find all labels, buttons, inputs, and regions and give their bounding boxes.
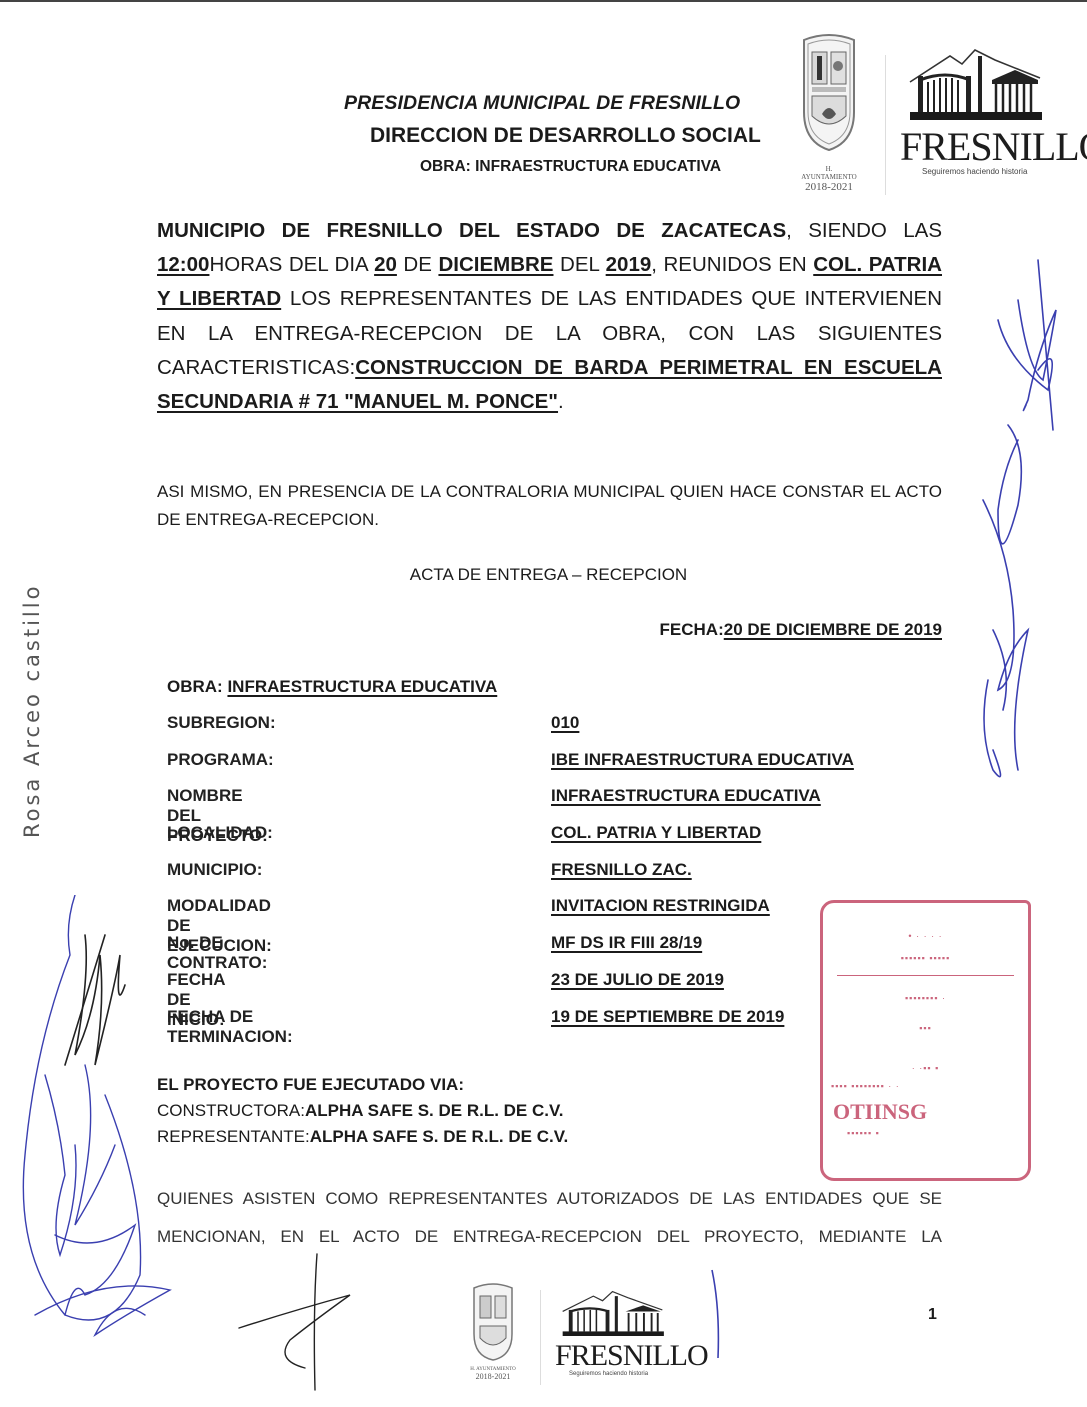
detail-value: 19 DE SEPTIEMBRE DE 2019 [551,1007,784,1027]
detail-value-text: FRESNILLO ZAC. [551,860,692,879]
footer-logo-divider [540,1290,541,1385]
municipal-seal-logo: H. AYUNTAMIENTO 2018-2021 [798,32,860,192]
detail-value: INVITACION RESTRINGIDA [551,896,770,916]
detail-value: FRESNILLO ZAC. [551,860,692,880]
detail-value: INFRAESTRUCTURA EDUCATIVA [551,786,821,806]
intro-hora: 12:00 [157,253,209,276]
representante-value: ALPHA SAFE S. DE R.L. DE C.V. [310,1127,569,1146]
stamp-text: OTIINSG [833,1099,1028,1125]
page-top-edge [0,0,1087,2]
intro-anio: 2019 [606,253,652,276]
city-gate-icon [900,42,1050,120]
ejecucion-block: EL PROYECTO FUE EJECUTADO VIA: CONSTRUCT… [157,1072,568,1150]
stamp-divider [837,975,1014,976]
detail-label: LOCALIDAD: [167,823,273,843]
official-stamp: • · · · · ▪▪▪▪▪▪ ▪▪▪▪▪ ▪▪▪▪▪▪▪▪ · ▪▪▪ · … [820,900,1031,1181]
intro-mes: DICIEMBRE [438,253,553,276]
detail-value: IBE INFRAESTRUCTURA EDUCATIVA [551,750,854,770]
intro-text: HORAS DEL DIA [209,253,374,276]
stamp-line: ▪▪▪▪ ▪▪▪▪▪▪▪▪ · · [831,1081,1028,1091]
fecha-value: 20 DE DICIEMBRE DE 2019 [724,620,942,639]
obra-value: INFRAESTRUCTURA EDUCATIVA [227,677,497,696]
footer-municipal-seal: H. AYUNTAMIENTO 2018-2021 [470,1282,516,1397]
stamp-line: ▪▪▪▪▪▪ ▪ [847,1128,1028,1138]
detail-value-text: 010 [551,713,579,732]
stamp-line: • · · · · [823,931,1028,941]
signature-bottom-center [235,1250,355,1400]
stamp-line: · ·▪▪ ▪ [823,1063,1028,1073]
intro-paragraph: MUNICIPIO DE FRESNILLO DEL ESTADO DE ZAC… [157,214,942,419]
intro-text: . [558,390,564,413]
detail-value-text: 23 DE JULIO DE 2019 [551,970,724,989]
detail-value-text: 19 DE SEPTIEMBRE DE 2019 [551,1007,784,1026]
detail-value-text: COL. PATRIA Y LIBERTAD [551,823,761,842]
detail-value: 010 [551,713,579,733]
detail-label: PROGRAMA: [167,750,274,770]
header-obra: OBRA: INFRAESTRUCTURA EDUCATIVA [420,158,721,176]
footer-fresnillo-logo: FRESNILLO Seguiremos haciendo historia [555,1290,670,1390]
constructora-label: CONSTRUCTORA: [157,1101,305,1120]
detail-value-text: INFRAESTRUCTURA EDUCATIVA [551,786,821,805]
fecha-line: FECHA:20 DE DICIEMBRE DE 2019 [660,620,942,640]
closing-paragraph: QUIENES ASISTEN COMO REPRESENTANTES AUTO… [157,1180,942,1256]
seal-years: 2018-2021 [798,181,860,193]
page-number: 1 [928,1306,937,1324]
header-direccion: DIRECCION DE DESARROLLO SOCIAL [370,124,761,148]
handwritten-margin-note: Rosa Arceo castillo [20,584,44,838]
logo-divider [885,55,886,195]
detail-label: FECHA DE TERMINACION: [167,1007,293,1047]
stamp-line: ▪▪▪ [823,1023,1028,1033]
intro-text: , REUNIDOS EN [651,253,813,276]
intro-text: DE [397,253,439,276]
fecha-label: FECHA: [660,620,724,639]
detail-value: MF DS IR FIII 28/19 [551,933,702,953]
detail-value: COL. PATRIA Y LIBERTAD [551,823,761,843]
acta-title: ACTA DE ENTREGA – RECEPCION [0,565,1087,585]
detail-label: No. DE CONTRATO: [167,933,267,973]
fresnillo-brand-logo: FRESNILLO Seguiremos haciendo historia [900,42,1050,182]
intro-text: DEL [553,253,605,276]
shield-icon [470,1282,516,1362]
representante-label: REPRESENTANTE: [157,1127,310,1146]
detail-value: 23 DE JULIO DE 2019 [551,970,724,990]
intro-text: , SIENDO LAS [786,219,942,242]
stamp-line: ▪▪▪▪▪▪▪▪ · [823,993,1028,1003]
obra-line: OBRA: INFRAESTRUCTURA EDUCATIVA [167,677,497,697]
detail-value-text: INVITACION RESTRINGIDA [551,896,770,915]
seal-years: 2018-2021 [470,1372,516,1381]
seal-caption: H. AYUNTAMIENTO [798,165,860,181]
detail-label: MUNICIPIO: [167,860,262,880]
header-presidencia: PRESIDENCIA MUNICIPAL DE FRESNILLO [344,92,740,115]
city-gate-icon [555,1290,670,1336]
obra-label: OBRA: [167,677,227,696]
shield-icon [798,32,860,152]
stamp-line: ▪▪▪▪▪▪ ▪▪▪▪▪ [823,953,1028,963]
brand-name: FRESNILLO [555,1341,670,1371]
signature-right-margin [968,250,1078,810]
intro-municipio: MUNICIPIO DE FRESNILLO DEL ESTADO DE ZAC… [157,219,786,242]
intro-dia: 20 [374,253,397,276]
detail-value-text: IBE INFRAESTRUCTURA EDUCATIVA [551,750,854,769]
detail-value-text: MF DS IR FIII 28/19 [551,933,702,952]
ejecucion-heading: EL PROYECTO FUE EJECUTADO VIA: [157,1072,568,1098]
constructora-value: ALPHA SAFE S. DE R.L. DE C.V. [305,1101,564,1120]
detail-label: SUBREGION: [167,713,276,733]
brand-name: FRESNILLO [900,127,1050,167]
contraloria-paragraph: ASI MISMO, EN PRESENCIA DE LA CONTRALORI… [157,478,942,534]
